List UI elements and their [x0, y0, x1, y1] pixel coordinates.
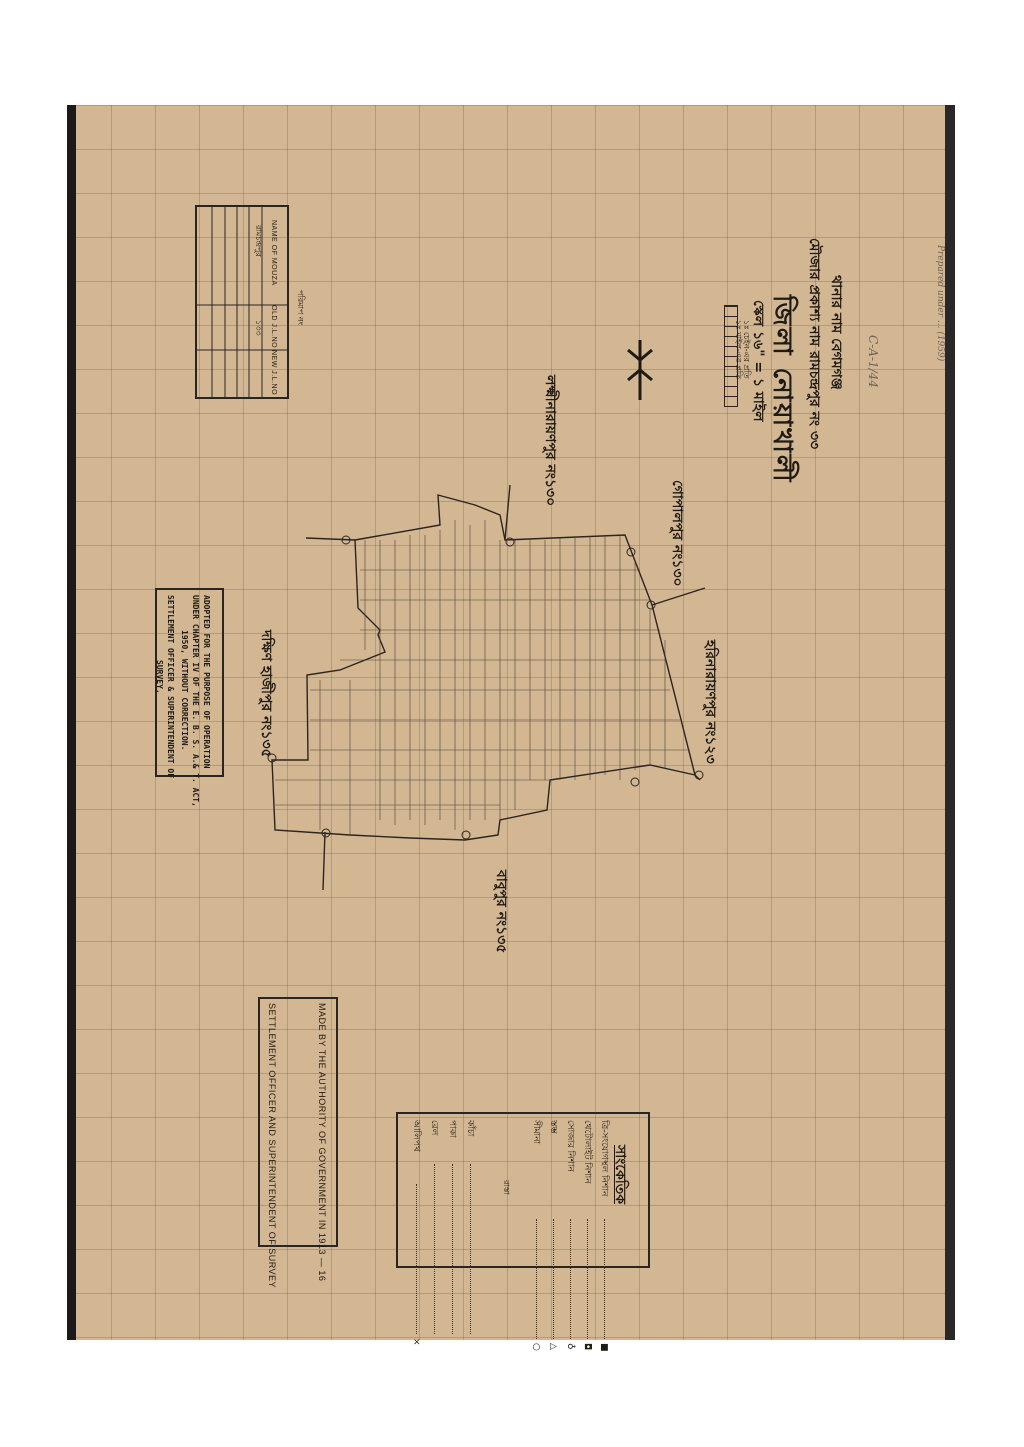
- table-cell-old-jl: ১৩৩: [251, 320, 264, 336]
- legend-item-5: সীমানা○: [529, 1120, 544, 1351]
- stamp-line-2: UNDER CHAPTER IV OF THE E. B. S. A.& T. …: [190, 595, 201, 807]
- sheet-edge-left: [67, 105, 76, 1340]
- legend-item-2: থেটোলাইট নিশান◘: [580, 1120, 595, 1350]
- mouza-parcel-map: [260, 480, 710, 900]
- mouza-name: মৌজার প্রকাশ্য নাম রামচন্দ্রপুর নং ৩৩: [802, 238, 826, 449]
- legend-road-4: আলিপথ×: [409, 1120, 424, 1346]
- table-cell-mouza: রামচন্দ্রপুর: [251, 225, 264, 257]
- legend-item-3: সোজার নিশান♁: [563, 1120, 578, 1350]
- table-header-name: NAME OF MOUZA: [270, 220, 277, 286]
- sheet-edge-right: [945, 105, 955, 1340]
- table-header-old: OLD J.L.NO: [270, 305, 277, 348]
- table-side-note: পরিমাপ নং: [293, 290, 306, 325]
- authority-line-1: MADE BY THE AUTHORITY OF GOVERNMENT IN 1…: [317, 1003, 327, 1281]
- stamp-line-4: SETTLEMENT OFFICER & SUPERINTENDENT OF: [165, 595, 176, 778]
- legend-road-2: পাকা: [445, 1120, 460, 1334]
- legend-road-1: কাঁচা: [463, 1120, 478, 1334]
- stamp-line-5: SURVEY.: [154, 660, 165, 694]
- legend-subtitle: রাস্তা: [499, 1180, 512, 1195]
- legend-item-4: স্তম্ভ△: [546, 1120, 561, 1350]
- boundary-label-north: লক্ষ্মীনারায়ণপুর নং১৩০: [538, 375, 562, 506]
- boundary-label-east: হরিনারায়ণপুর নং১২৩: [698, 640, 722, 764]
- thana-name: থানার নাম বেগমগঞ্জ: [824, 275, 848, 390]
- boundary-label-south: বাবুপুর নং১৩৫: [489, 870, 513, 953]
- stamp-line-3: 1950, WITHOUT CORRECTION.: [179, 630, 190, 750]
- legend-item-1: ত্রি-সংযোগস্থল নিশান■: [597, 1120, 612, 1352]
- handwritten-reference: C-A-1/44: [866, 335, 880, 388]
- handwritten-margin-note: Prepared under ... (1959): [935, 245, 945, 361]
- stamp-line-1: ADOPTED FOR THE PURPOSE OF OPERATION: [201, 595, 212, 768]
- legend-road-3: রেল: [427, 1120, 442, 1334]
- table-header-new: NEW J.L.NO: [270, 350, 277, 395]
- boundary-label-northeast: গোপালপুর নং১৩০: [665, 480, 689, 587]
- scale-label-2: ১ঃ মাইল-এর প্রতি: [731, 320, 744, 379]
- boundary-label-west: দক্ষিণ হাজীপুর নং১৩৫: [254, 630, 278, 758]
- authority-line-2: SETTLEMENT OFFICER AND SUPERINTENDENT OF…: [267, 1003, 277, 1288]
- north-arrow-icon: [620, 340, 660, 400]
